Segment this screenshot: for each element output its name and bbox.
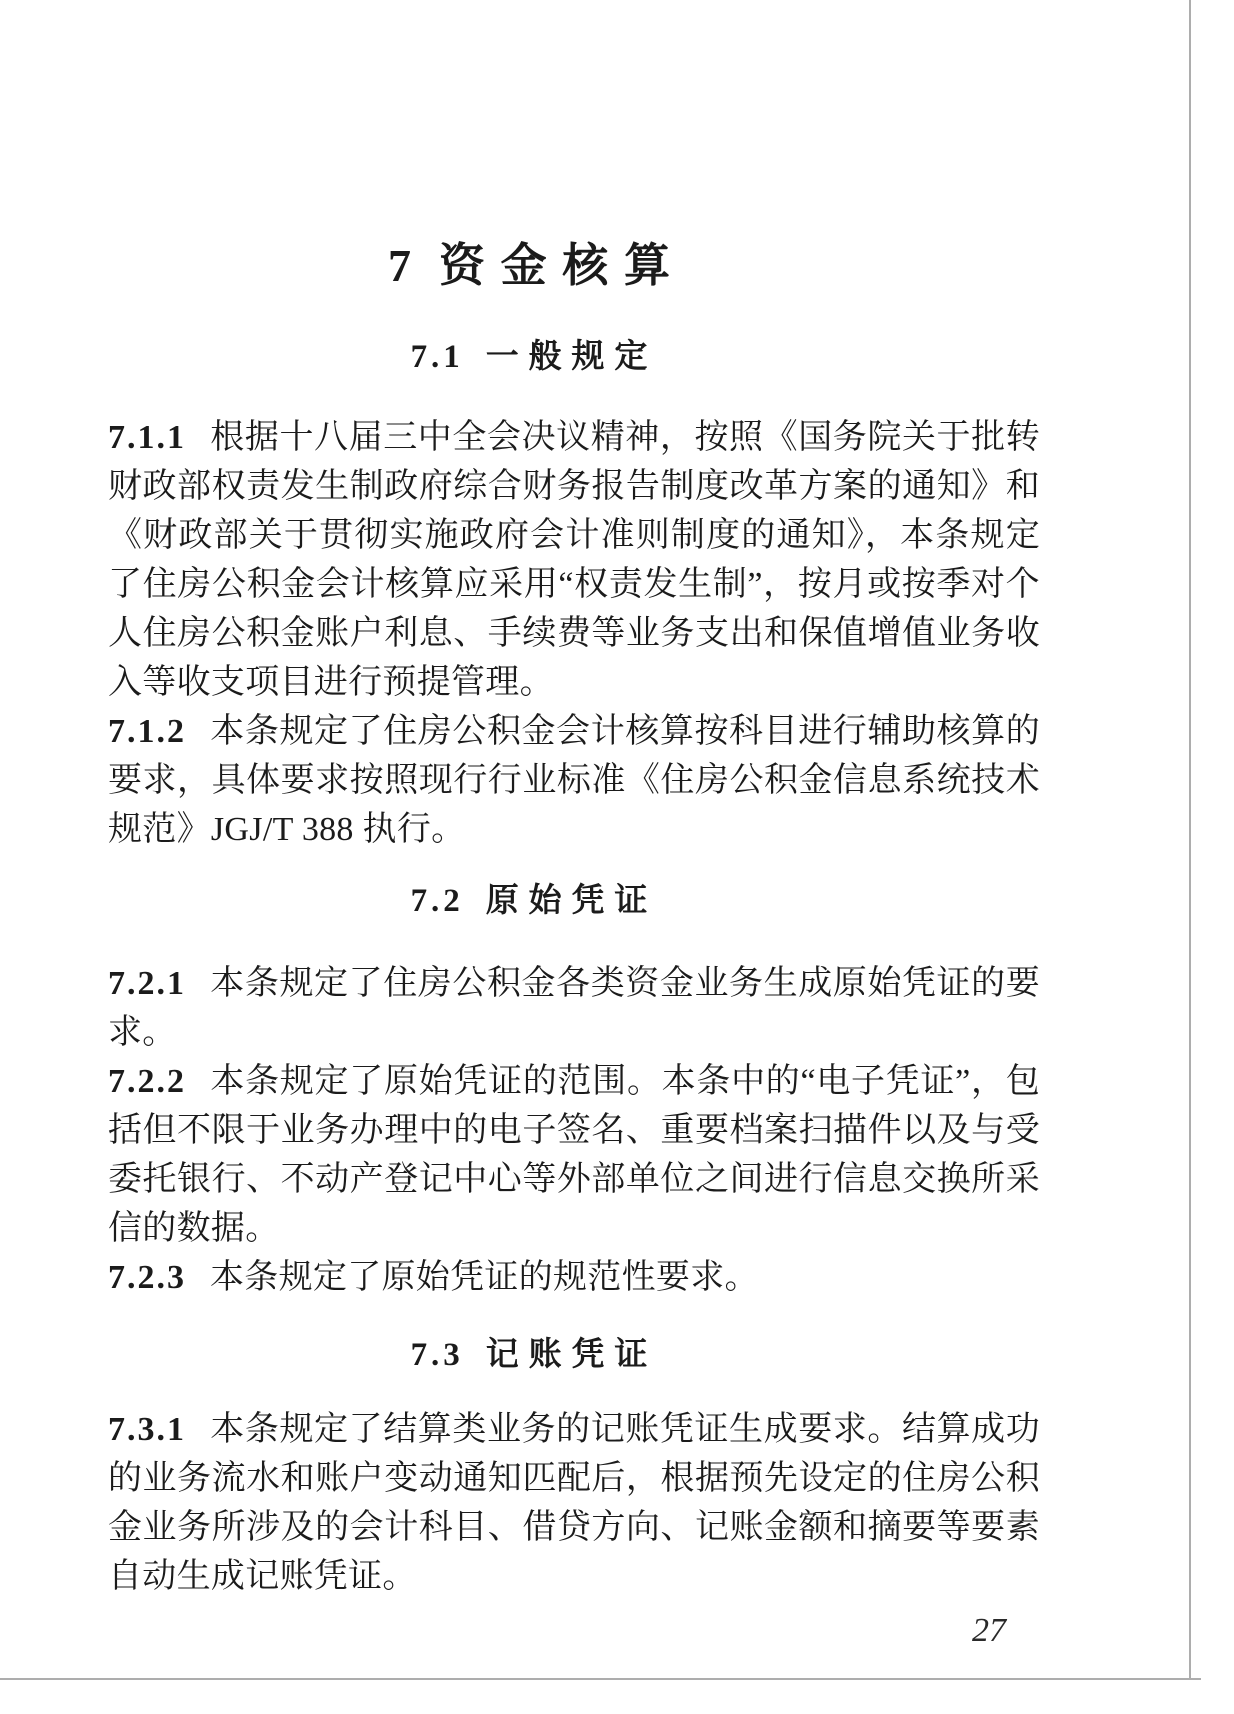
section-number-7-1: 7.1 (411, 339, 464, 375)
clause-text-7-2-1: 本条规定了住房公积金各类资金业务生成原始凭证的要求。 (108, 965, 1040, 1051)
section-heading-7-1: 7.1一般规定 (108, 338, 1040, 375)
clause-text-7-1-2: 本条规定了住房公积金会计核算按科目进行辅助核算的要求，具体要求按照现行行业标准《… (108, 713, 1040, 848)
chapter-number: 7 (388, 240, 411, 291)
section-number-7-2: 7.2 (411, 883, 464, 919)
clause-7-1-2: 7.1.2本条规定了住房公积金会计核算按科目进行辅助核算的要求，具体要求按照现行… (108, 707, 1040, 854)
chapter-title: 7资金核算 (108, 240, 1040, 292)
clause-text-7-1-1: 根据十八届三中全会决议精神，按照《国务院关于批转财政部权责发生制政府综合财务报告… (108, 419, 1040, 701)
page-number: 27 (972, 1612, 1006, 1650)
section-title-7-2: 原始凭证 (486, 881, 658, 918)
section-heading-7-3: 7.3记账凭证 (108, 1336, 1040, 1373)
page-border-bottom (0, 1678, 1201, 1680)
clause-number-7-3-1: 7.3.1 (108, 1411, 186, 1448)
clause-7-2-2: 7.2.2本条规定了原始凭证的范围。本条中的“电子凭证”，包括但不限于业务办理中… (108, 1057, 1040, 1253)
chapter-name: 资金核算 (439, 240, 686, 291)
clause-7-3-1: 7.3.1本条规定了结算类业务的记账凭证生成要求。结算成功的业务流水和账户变动通… (108, 1405, 1040, 1601)
clause-number-7-2-2: 7.2.2 (108, 1063, 186, 1100)
clause-7-2-1: 7.2.1本条规定了住房公积金各类资金业务生成原始凭证的要求。 (108, 959, 1040, 1057)
page-border-right (1189, 0, 1191, 1679)
section-title-7-1: 一般规定 (486, 337, 658, 374)
clause-text-7-2-2: 本条规定了原始凭证的范围。本条中的“电子凭证”，包括但不限于业务办理中的电子签名… (108, 1063, 1040, 1247)
clause-number-7-1-1: 7.1.1 (108, 419, 186, 456)
clause-number-7-2-3: 7.2.3 (108, 1259, 186, 1296)
clause-text-7-3-1: 本条规定了结算类业务的记账凭证生成要求。结算成功的业务流水和账户变动通知匹配后，… (108, 1411, 1040, 1595)
clause-7-2-3: 7.2.3本条规定了原始凭证的规范性要求。 (108, 1253, 1040, 1302)
clause-text-7-2-3: 本条规定了原始凭证的规范性要求。 (210, 1259, 759, 1296)
clause-number-7-2-1: 7.2.1 (108, 965, 186, 1002)
clause-7-1-1: 7.1.1根据十八届三中全会决议精神，按照《国务院关于批转财政部权责发生制政府综… (108, 413, 1040, 707)
page-content: 7资金核算 7.1一般规定 7.1.1根据十八届三中全会决议精神，按照《国务院关… (108, 0, 1040, 1601)
section-number-7-3: 7.3 (411, 1337, 464, 1373)
section-heading-7-2: 7.2原始凭证 (108, 882, 1040, 919)
section-title-7-3: 记账凭证 (486, 1335, 658, 1372)
clause-number-7-1-2: 7.1.2 (108, 713, 186, 750)
document-page: 7资金核算 7.1一般规定 7.1.1根据十八届三中全会决议精神，按照《国务院关… (0, 0, 1234, 1714)
